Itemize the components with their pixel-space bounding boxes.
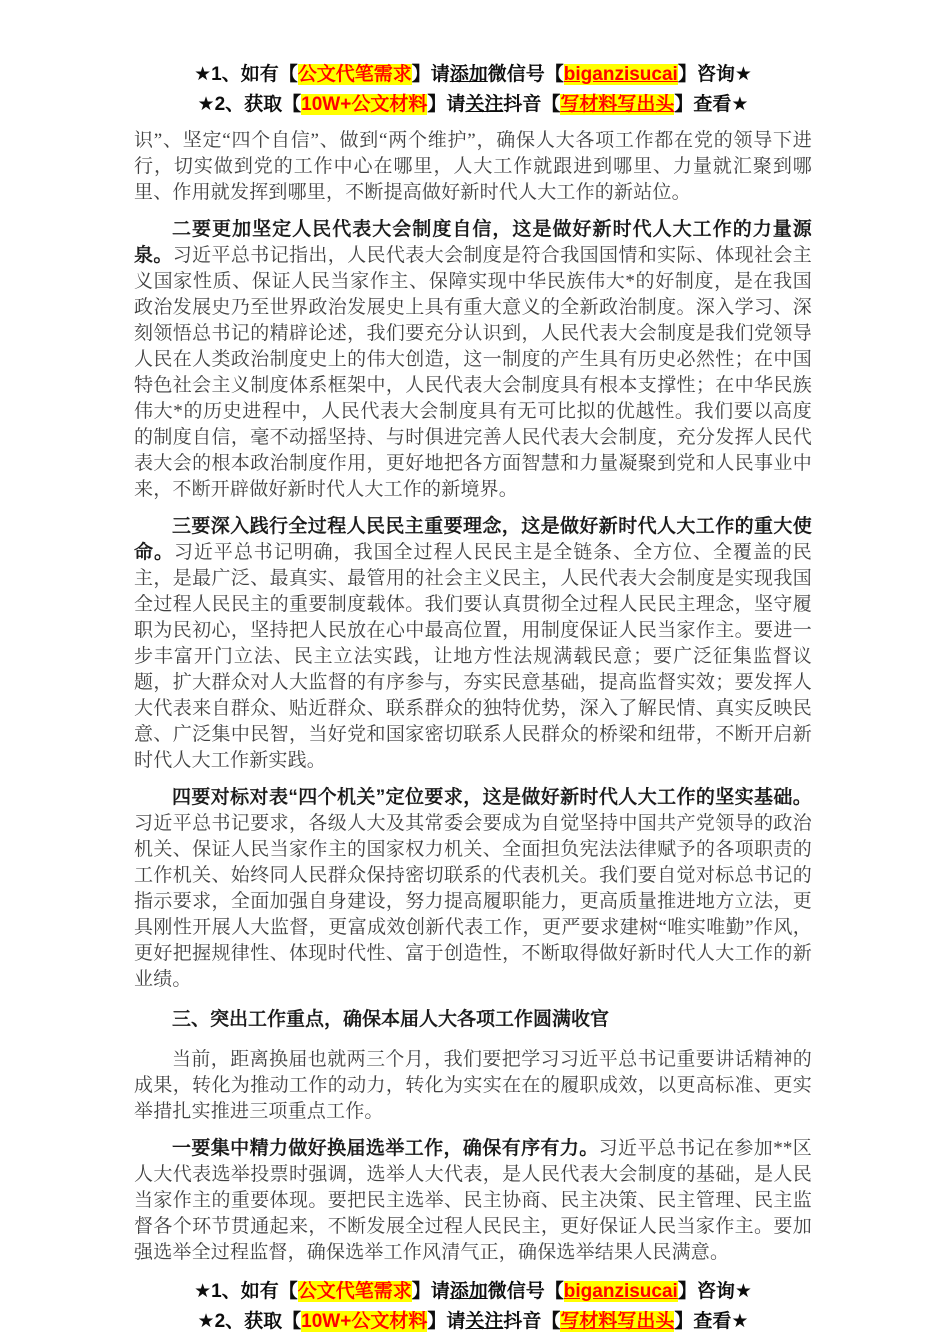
paragraph-text: 识”、坚定“四个自信”、做到“两个维护”，确保人大各项工作都在党的领导下进行，切… <box>134 130 812 203</box>
promo-underlined-text: 添加 <box>450 1281 488 1302</box>
promo-highlight: 10W+公文材料 <box>301 94 427 115</box>
paragraph-point-two: 二要更加坚定人民代表大会制度自信，这是做好新时代人大工作的力量源泉。习近平总书记… <box>134 217 812 503</box>
promo-footer-line-1: ★1、如有【公文代笔需求】请添加微信号【biganzisucai】咨询★ <box>134 1277 812 1307</box>
promo-text: 抖音【 <box>503 94 560 115</box>
paragraph-point-one-election: 一要集中精力做好换届选举工作，确保有序有力。习近平总书记在参加**区人大代表选举… <box>134 1136 812 1266</box>
paragraph-text: 习近平总书记明确，我国全过程人民民主是全链条、全方位、全覆盖的民主，是最广泛、最… <box>134 542 812 771</box>
promo-douyin-id: 写材料写出头 <box>560 1311 674 1332</box>
section-heading-three: 三、突出工作重点，确保本届人大各项工作圆满收官 <box>134 1007 812 1033</box>
promo-text: 】请 <box>427 1311 465 1332</box>
promo-header: ★1、如有【公文代笔需求】请添加微信号【biganzisucai】咨询★ ★2、… <box>134 60 812 120</box>
promo-highlight: 10W+公文材料 <box>301 1311 427 1332</box>
promo-text: 】请 <box>412 1281 450 1302</box>
promo-douyin-id: 写材料写出头 <box>560 94 674 115</box>
promo-underlined-text: 关注 <box>465 94 503 115</box>
paragraph-lead-bold: 一要集中精力做好换届选举工作，确保有序有力。 <box>172 1138 599 1159</box>
paragraph-lead-bold: 四要对标对表“四个机关”定位要求，这是做好新时代人大工作的坚实基础。 <box>172 787 812 808</box>
promo-text: 抖音【 <box>503 1311 560 1332</box>
promo-text: 】查看★ <box>674 1311 748 1332</box>
promo-text: 】查看★ <box>674 94 748 115</box>
promo-header-line-2: ★2、获取【10W+公文材料】请关注抖音【写材料写出头】查看★ <box>134 90 812 120</box>
promo-text: 】咨询★ <box>678 1281 752 1302</box>
paragraph-text: 习近平总书记指出，人民代表大会制度是符合我国国情和实际、体现社会主义国家性质、保… <box>134 245 812 500</box>
promo-text: 】咨询★ <box>678 64 752 85</box>
promo-footer-line-2: ★2、获取【10W+公文材料】请关注抖音【写材料写出头】查看★ <box>134 1307 812 1337</box>
document-page: ★1、如有【公文代笔需求】请添加微信号【biganzisucai】咨询★ ★2、… <box>0 0 950 1344</box>
paragraph-text: 当前，距离换届也就两三个月，我们要把学习习近平总书记重要讲话精神的成果，转化为推… <box>134 1049 812 1122</box>
promo-text: 】请 <box>412 64 450 85</box>
promo-underlined-text: 添加 <box>450 64 488 85</box>
promo-text: 】请 <box>427 94 465 115</box>
promo-text: 微信号【 <box>488 64 564 85</box>
promo-text: ★2、获取【 <box>198 94 302 115</box>
paragraph-continuation: 识”、坚定“四个自信”、做到“两个维护”，确保人大各项工作都在党的领导下进行，切… <box>134 128 812 206</box>
promo-header-line-1: ★1、如有【公文代笔需求】请添加微信号【biganzisucai】咨询★ <box>134 60 812 90</box>
paragraph-point-three: 三要深入践行全过程人民民主重要理念，这是做好新时代人大工作的重大使命。习近平总书… <box>134 514 812 774</box>
promo-underlined-text: 关注 <box>465 1311 503 1332</box>
promo-text: 微信号【 <box>488 1281 564 1302</box>
promo-highlight: 公文代笔需求 <box>298 1281 412 1302</box>
promo-wechat-id: biganzisucai <box>564 64 678 85</box>
promo-footer: ★1、如有【公文代笔需求】请添加微信号【biganzisucai】咨询★ ★2、… <box>134 1277 812 1337</box>
paragraph-current-status: 当前，距离换届也就两三个月，我们要把学习习近平总书记重要讲话精神的成果，转化为推… <box>134 1047 812 1125</box>
promo-text: ★1、如有【 <box>194 1281 298 1302</box>
paragraph-text: 习近平总书记要求，各级人大及其常委会要成为自觉坚持中国共产党领导的政治机关、保证… <box>134 813 812 990</box>
promo-text: ★2、获取【 <box>198 1311 302 1332</box>
promo-text: ★1、如有【 <box>194 64 298 85</box>
promo-wechat-id: biganzisucai <box>564 1281 678 1302</box>
promo-highlight: 公文代笔需求 <box>298 64 412 85</box>
paragraph-point-four: 四要对标对表“四个机关”定位要求，这是做好新时代人大工作的坚实基础。习近平总书记… <box>134 785 812 993</box>
